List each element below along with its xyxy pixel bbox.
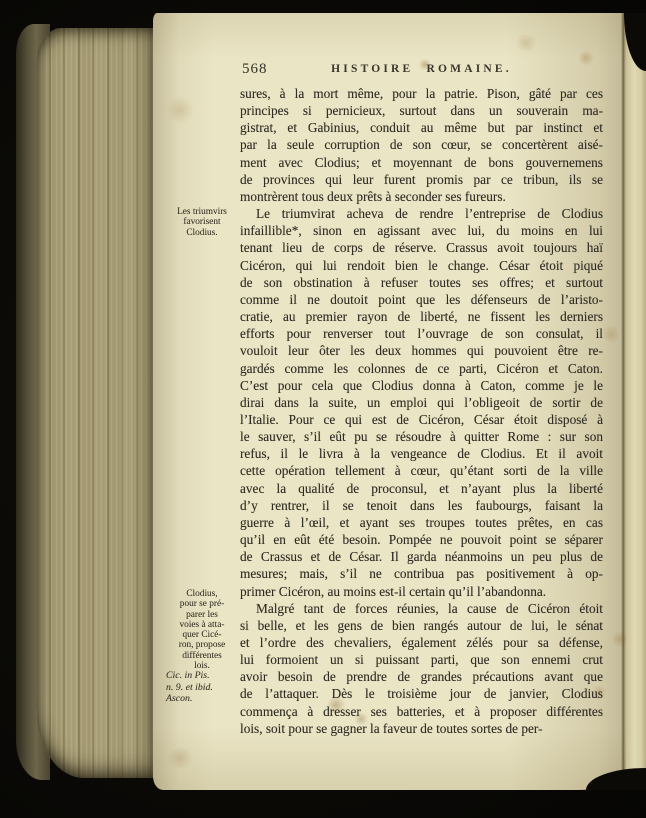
paragraph: Malgré tant de forces réunies, la cause … [240,600,603,737]
body-line: qu’il en eût été besoin. Pompée ne pouvo… [240,531,603,548]
margin-note-triumvirs: Les triumvirsfavorisentClodius. [166,207,238,238]
body-line: l’Italie. Pour ce qui est de Cicéron, Cé… [240,411,603,428]
body-line: Malgré tant de forces réunies, la cause … [240,600,603,617]
foxing-stain [167,95,193,125]
body-line: dirai dans la suite, un emploi qui l’obl… [240,394,603,411]
margin-note-line: voies à atta- [166,620,238,630]
body-line: Le triumvirat acheva de rendre l’entrepr… [240,205,603,222]
body-line: gistrat, et Gabinius, conduit au même bu… [240,119,603,136]
body-line: Cicéron, qui lui rendoit bien le change.… [240,257,603,274]
foxing-stain [165,748,195,768]
margin-note-line: différentes [166,651,238,661]
page-header: 568 HISTOIRE ROMAINE. [240,59,603,81]
margin-note-citation: Cic. in Pis.n. 9. et ibid.Ascon. [166,670,238,705]
body-line: de Crassus et de César. Il garda néanmoi… [240,548,603,565]
running-title: HISTOIRE ROMAINE. [240,63,603,75]
body-line: refus, il le livra à la vengeance de Clo… [240,445,603,462]
margin-note-line: favorisent [166,217,238,227]
body-line: primer Cicéron, au moins est-il certain … [240,583,603,600]
body-line: sures, à la mort même, pour la patrie. P… [240,85,603,102]
facing-page-sliver [626,13,646,790]
body-line: mesures; mais, s’il ne contribua pas pos… [240,565,603,582]
margin-note-line: Clodius. [166,228,238,238]
body-line: efforts pour renverser tout l’ouvrage de… [240,325,603,342]
body-line: commença à dresser ses batteries, et à p… [240,703,603,720]
body-line: infaillible*, sinon en agissant avec lui… [240,222,603,239]
body-line: cette opération tellement à cœur, qu’éta… [240,462,603,479]
body-text: sures, à la mort même, pour la patrie. P… [240,85,603,737]
body-line: tenant lieu de corps de réserve. Crassus… [240,239,603,256]
paragraph: Le triumvirat acheva de rendre l’entrepr… [240,205,603,600]
body-line: le sauver, s’il eût pu se résoudre à qui… [240,428,603,445]
body-line: de son obstination à refuser toutes ses … [240,274,603,291]
book-photo: 568 HISTOIRE ROMAINE. Les triumvirsfavor… [0,0,646,818]
book-page: 568 HISTOIRE ROMAINE. Les triumvirsfavor… [153,13,646,790]
body-line: C’est pour cela que Clodius donna à Cato… [240,377,603,394]
body-line: si belle, et les gens de bien rangés aut… [240,617,603,634]
margin-note-line: Ascon. [166,693,238,705]
photo-corner-shadow-bottom [586,768,646,790]
margin-note-line: n. 9. et ibid. [166,682,238,694]
margin-note-line: pour se pré- [166,599,238,609]
foxing-stain [603,323,619,345]
body-line: de l’attaquer. Dès le troisième jour de … [240,685,603,702]
body-line: ment avec Clodius; et moyennant de bons … [240,154,603,171]
margin-note-line: ron, propose [166,640,238,650]
body-line: et l’ordre des chevaliers, également zél… [240,634,603,651]
margin-note-line: Les triumvirs [166,207,238,217]
page-edges-fore-edge [36,28,158,778]
body-line: vouloit leur ôter les deux hommes qui po… [240,342,603,359]
body-line: cratie, au premier rayon de liberté, ne … [240,308,603,325]
margin-note-line: Cic. in Pis. [166,670,238,682]
body-line: lois, soit pour se gagner la faveur de t… [240,720,603,737]
body-line: avoir besoin de prendre de grandes préca… [240,668,603,685]
body-line: principes si pernicieux, surtout dans un… [240,102,603,119]
margin-note-line: quer Cicé- [166,630,238,640]
body-line: gardés comme les colonnes de ce parti, C… [240,360,603,377]
body-line: de provinces qui leur furent promis par … [240,171,603,188]
paragraph: sures, à la mort même, pour la patrie. P… [240,85,603,205]
body-line: lui formoient un si puissant parti, que … [240,651,603,668]
body-line: avec la qualité de proconsul, et n’ayant… [240,480,603,497]
body-line: par la seule corruption de son cœur, se … [240,136,603,153]
margin-note-line: parer les [166,610,238,620]
margin-note-clodius-lois: Clodius,pour se pré-parer lesvoies à att… [166,589,238,671]
body-line: montrèrent tous deux prêts à seconder se… [240,188,603,205]
margin-note-line: Clodius, [166,589,238,599]
body-line: guerre à l’œil, et ayant ses troupes tou… [240,514,603,531]
foxing-stain [513,35,539,51]
body-line: comme il ne doutoit point que les défens… [240,291,603,308]
body-line: d’y rentrer, il se tenoit dans les faubo… [240,497,603,514]
